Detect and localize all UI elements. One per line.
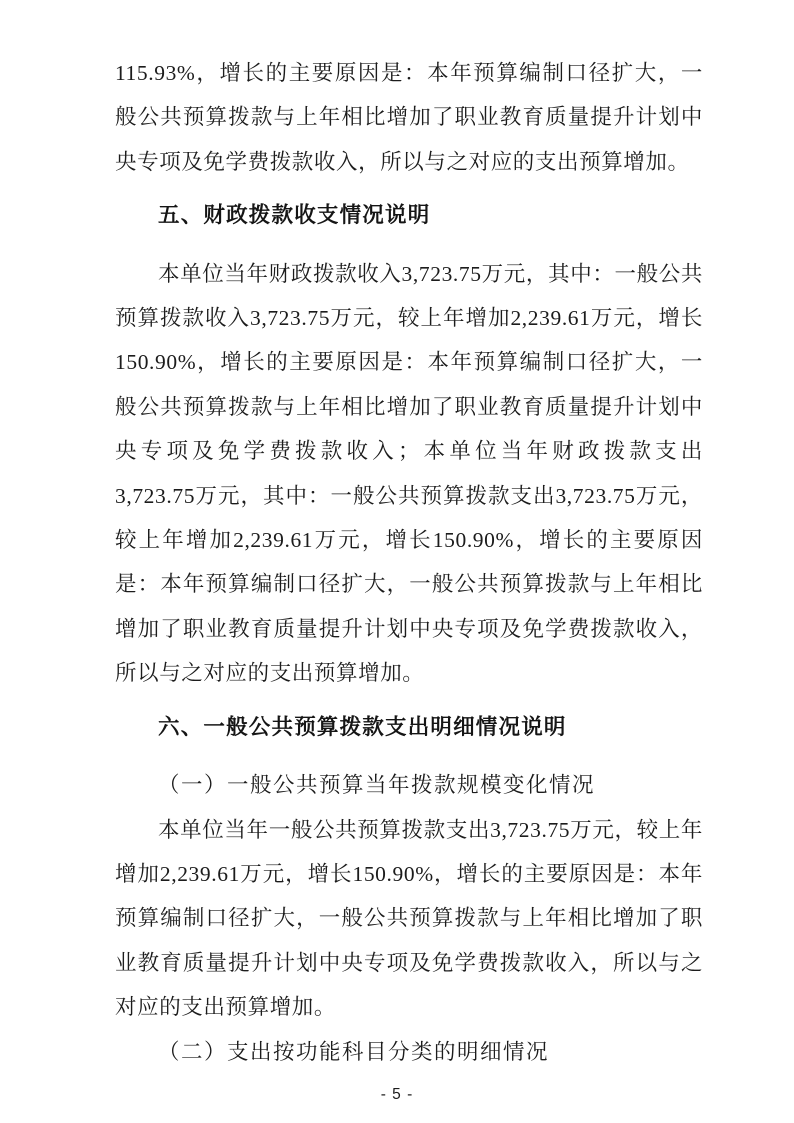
paragraph-public-budget-expenditure-detail: 本单位当年一般公共预算拨款支出3,723.75万元，较上年增加2,239.61万…	[115, 808, 703, 1030]
document-page: 115.93%，增长的主要原因是：本年预算编制口径扩大，一般公共预算拨款与上年相…	[0, 0, 794, 1123]
paragraph-growth-reason-continuation: 115.93%，增长的主要原因是：本年预算编制口径扩大，一般公共预算拨款与上年相…	[115, 51, 703, 184]
page-number: - 5 -	[0, 1086, 794, 1104]
paragraph-fiscal-appropriation-detail: 本单位当年财政拨款收入3,723.75万元，其中：一般公共预算拨款收入3,723…	[115, 252, 703, 696]
section-heading-fiscal-appropriation: 五、财政拨款收支情况说明	[115, 193, 703, 237]
section-heading-public-budget-expenditure: 六、一般公共预算拨款支出明细情况说明	[115, 705, 703, 749]
subsection-heading-appropriation-scale-change: （一）一般公共预算当年拨款规模变化情况	[115, 763, 703, 807]
subsection-heading-expenditure-by-function: （二）支出按功能科目分类的明细情况	[115, 1030, 703, 1074]
